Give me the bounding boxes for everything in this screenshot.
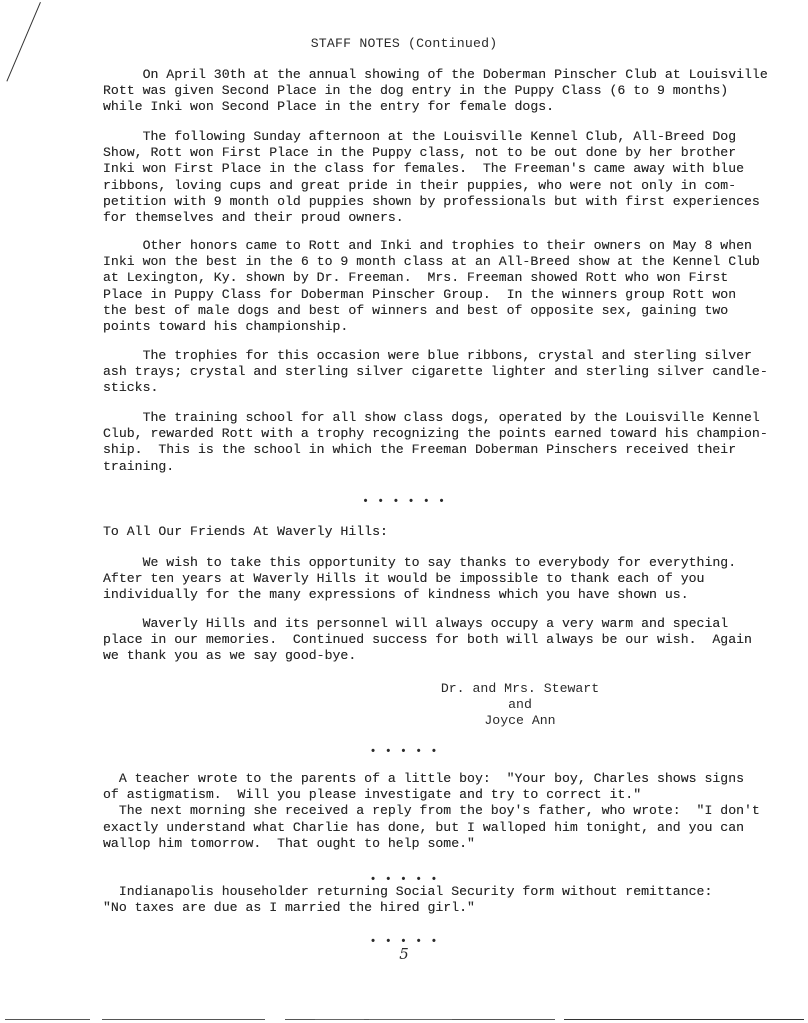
paragraph-joke-taxes: Indianapolis householder returning Socia… [103, 884, 783, 916]
farewell-salutation: To All Our Friends At Waverly Hills: [103, 524, 783, 540]
paragraph-dog-show-sunday: The following Sunday afternoon at the Lo… [103, 129, 783, 226]
document-page: STAFF NOTES (Continued) On April 30th at… [0, 0, 808, 1023]
paragraph-dog-show-may: Other honors came to Rott and Inki and t… [103, 238, 783, 335]
bottom-edge-line [364, 1019, 369, 1020]
page-title: STAFF NOTES (Continued) [0, 36, 808, 52]
paragraph-farewell-thanks: We wish to take this opportunity to say … [103, 555, 783, 604]
signature-family: Joyce Ann [420, 713, 620, 729]
signature-name: Dr. and Mrs. Stewart [420, 681, 620, 697]
page-number: 5 [0, 946, 808, 962]
section-separator: • • • • • • [0, 494, 808, 510]
bottom-edge-line [452, 1019, 555, 1020]
section-separator: • • • • • [0, 744, 808, 760]
bottom-edge-line [102, 1019, 265, 1020]
paragraph-dog-show-april: On April 30th at the annual showing of t… [103, 67, 783, 116]
paragraph-joke-teacher: A teacher wrote to the parents of a litt… [103, 771, 783, 852]
paragraph-training-school: The training school for all show class d… [103, 410, 783, 475]
signature-conjunction: and [420, 697, 620, 713]
bottom-edge-line [564, 1019, 804, 1020]
paragraph-trophies: The trophies for this occasion were blue… [103, 348, 783, 397]
paragraph-farewell-memories: Waverly Hills and its personnel will alw… [103, 616, 783, 665]
bottom-edge-line [5, 1019, 90, 1020]
